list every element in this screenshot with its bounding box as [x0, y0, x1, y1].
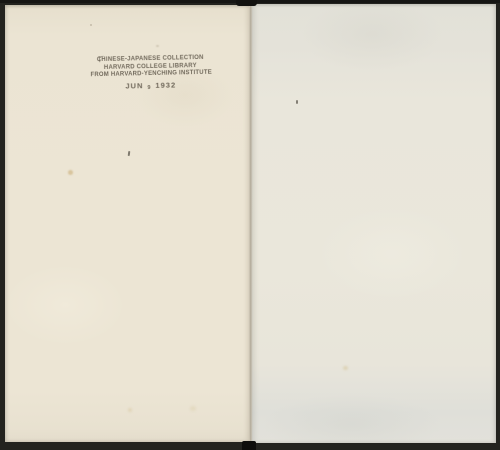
foxing-spot [190, 406, 196, 411]
gutter-shadow-top [236, 0, 257, 6]
stamp-line-institute: FROM HARVARD-YENCHING INSTITUTE [90, 69, 210, 79]
dust-speck [296, 100, 298, 104]
gutter-shadow-bottom [242, 441, 256, 450]
stamp-date-month: JUN [125, 81, 143, 90]
page-gutter [249, 3, 252, 444]
stamp-date-year: 1932 [155, 80, 176, 89]
dust-speck [90, 24, 92, 26]
scanner-background: CHINESE-JAPANESE COLLECTION HARVARD COLL… [0, 0, 500, 450]
foxing-spot [343, 366, 348, 370]
foxing-spot [128, 408, 132, 412]
dust-speck [156, 45, 159, 47]
right-page [252, 4, 496, 443]
foxing-spot [68, 170, 73, 175]
library-stamp: CHINESE-JAPANESE COLLECTION HARVARD COLL… [88, 54, 214, 91]
stamp-date-day: 9 [147, 85, 151, 91]
